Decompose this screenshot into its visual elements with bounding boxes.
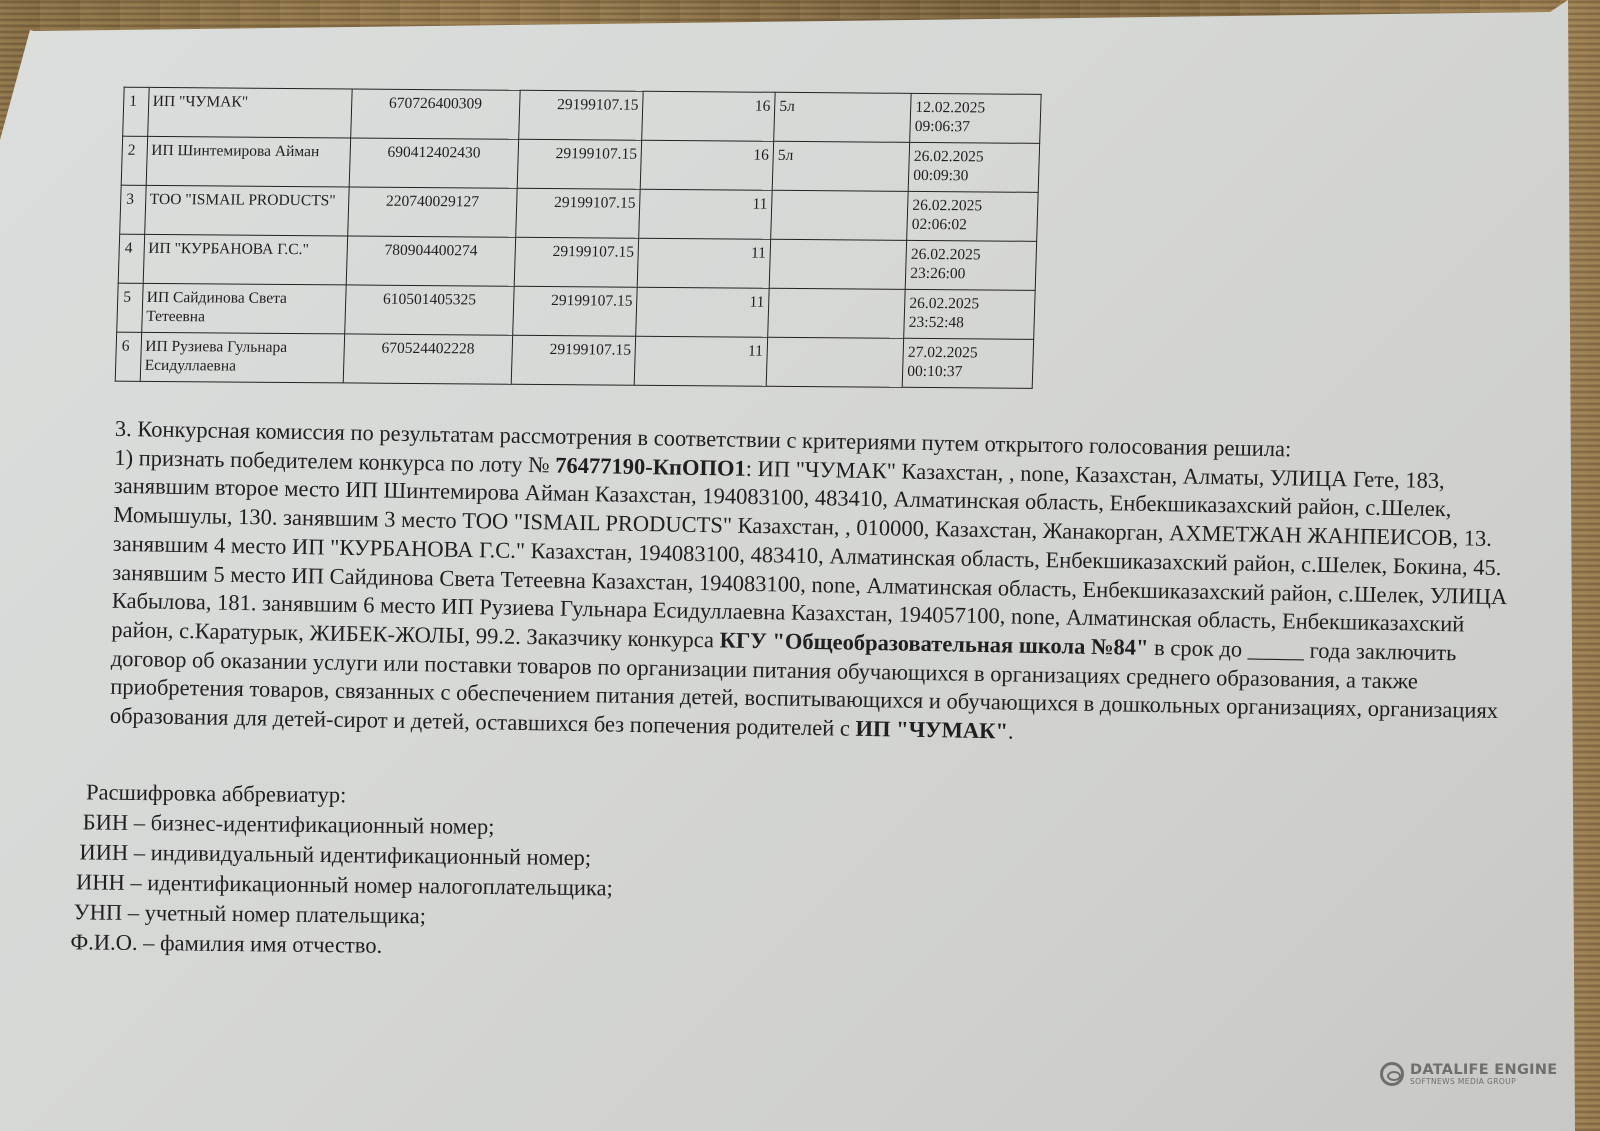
- score-cell: 11: [634, 336, 767, 386]
- submission-date: 26.02.2025: [912, 196, 1033, 216]
- bid-amount-cell: 29199107.15: [517, 139, 642, 189]
- row-number-cell: 4: [118, 234, 144, 283]
- watermark-title: DATALIFE ENGINE: [1410, 1063, 1558, 1078]
- abbreviations-section: Расшифровка аббревиатур: БИН – бизнес-ид…: [84, 777, 614, 963]
- note-cell: [769, 239, 906, 289]
- watermark-subtitle: SOFTNEWS MEDIA GROUP: [1410, 1078, 1558, 1086]
- table-row: 4ИП "КУРБАНОВА Г.С."78090440027429199107…: [118, 234, 1036, 290]
- score-cell: 11: [636, 287, 769, 337]
- submission-date: 26.02.2025: [914, 147, 1035, 167]
- datalife-engine-watermark: DATALIFE ENGINE SOFTNEWS MEDIA GROUP: [1380, 1062, 1558, 1086]
- row-number-cell: 1: [123, 87, 149, 136]
- submission-time: 23:26:00: [910, 264, 1031, 284]
- participant-name-cell: ИП Рузиева Гульнара Есидуллаевна: [140, 332, 345, 383]
- participant-name-cell: ТОО "ISMAIL PRODUCTS": [144, 185, 349, 236]
- lot-number: 76477190-КпОПО1: [555, 452, 746, 480]
- table-row: 6ИП Рузиева Гульнара Есидуллаевна6705244…: [115, 332, 1033, 388]
- score-cell: 16: [640, 140, 773, 190]
- submission-date: 12.02.2025: [915, 98, 1036, 118]
- submission-date: 26.02.2025: [911, 245, 1032, 265]
- bid-amount-cell: 29199107.15: [518, 90, 643, 140]
- bids-table: 1ИП "ЧУМАК"67072640030929199107.15165л12…: [115, 87, 1042, 389]
- bid-amount-cell: 29199107.15: [514, 237, 639, 287]
- datalife-logo-icon: [1380, 1062, 1404, 1086]
- participant-iin-bin-cell: 610501405325: [345, 285, 514, 335]
- decision-item-1: 1) признать победителем конкурса по лоту…: [88, 443, 1533, 755]
- score-cell: 16: [642, 91, 775, 141]
- winner-name: ИП "ЧУМАК": [855, 716, 1008, 744]
- participant-iin-bin-cell: 670726400309: [351, 89, 520, 139]
- row-number-cell: 6: [115, 332, 141, 381]
- row-number-cell: 3: [120, 185, 146, 234]
- submission-time: 02:06:02: [911, 215, 1032, 235]
- bid-amount-cell: 29199107.15: [511, 335, 636, 385]
- participant-iin-bin-cell: 220740029127: [348, 187, 517, 237]
- submission-time: 09:06:37: [914, 117, 1035, 137]
- participant-iin-bin-cell: 670524402228: [343, 334, 512, 384]
- score-cell: 11: [637, 238, 770, 288]
- submission-date: 26.02.2025: [909, 294, 1030, 314]
- submission-time: 23:52:48: [908, 313, 1029, 333]
- participant-iin-bin-cell: 780904400274: [346, 236, 515, 286]
- participant-name-cell: ИП Шинтемирова Айман: [146, 136, 351, 187]
- paper-sheet: 1ИП "ЧУМАК"67072640030929199107.15165л12…: [0, 0, 1600, 1131]
- note-cell: [768, 288, 905, 338]
- bid-amount-cell: 29199107.15: [512, 286, 637, 336]
- submission-datetime-cell: 26.02.202523:26:00: [905, 240, 1036, 290]
- participant-iin-bin-cell: 690412402430: [349, 138, 518, 188]
- note-cell: [766, 337, 903, 387]
- abbreviation-item: Ф.И.О. – фамилия имя отчество.: [70, 927, 612, 963]
- note-cell: 5л: [772, 141, 909, 191]
- table-row: 1ИП "ЧУМАК"67072640030929199107.15165л12…: [123, 87, 1041, 143]
- table-row: 2ИП Шинтемирова Айман6904124024302919910…: [121, 136, 1039, 192]
- submission-datetime-cell: 12.02.202509:06:37: [910, 93, 1041, 143]
- row-number-cell: 2: [121, 136, 147, 185]
- customer-name: КГУ "Общеобразовательная школа №84": [719, 627, 1148, 659]
- table-row: 3ТОО "ISMAIL PRODUCTS"220740029127291991…: [120, 185, 1038, 241]
- commission-decision: 3. Конкурсная комиссия по результатам ра…: [88, 414, 1533, 755]
- row-number-cell: 5: [117, 283, 143, 332]
- note-cell: [771, 190, 908, 240]
- participant-name-cell: ИП "ЧУМАК": [147, 87, 352, 138]
- note-cell: 5л: [774, 92, 911, 142]
- participant-name-cell: ИП Сайдинова Света Тетеевна: [141, 283, 346, 334]
- submission-date: 27.02.2025: [908, 343, 1029, 363]
- submission-time: 00:09:30: [913, 166, 1034, 186]
- participant-name-cell: ИП "КУРБАНОВА Г.С.": [143, 234, 348, 285]
- bid-amount-cell: 29199107.15: [515, 188, 640, 238]
- submission-datetime-cell: 27.02.202500:10:37: [902, 338, 1033, 388]
- submission-time: 00:10:37: [907, 362, 1028, 382]
- submission-datetime-cell: 26.02.202502:06:02: [907, 191, 1038, 241]
- table-row: 5ИП Сайдинова Света Тетеевна610501405325…: [117, 283, 1035, 339]
- submission-datetime-cell: 26.02.202523:52:48: [904, 289, 1035, 339]
- score-cell: 11: [639, 189, 772, 239]
- submission-datetime-cell: 26.02.202500:09:30: [908, 142, 1039, 192]
